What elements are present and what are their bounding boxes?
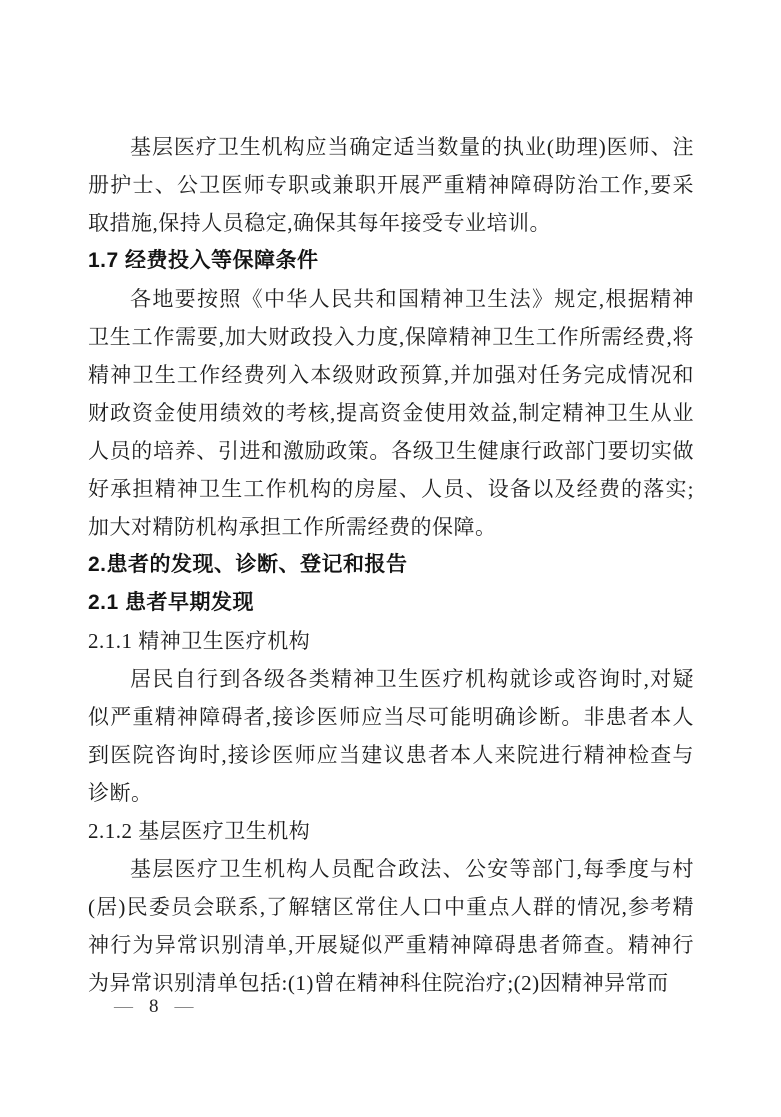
document-page: 基层医疗卫生机构应当确定适当数量的执业(助理)医师、注册护士、公卫医师专职或兼职… [0, 0, 781, 1117]
document-content: 基层医疗卫生机构应当确定适当数量的执业(助理)医师、注册护士、公卫医师专职或兼职… [88, 128, 694, 1002]
heading-2-1-early-discovery: 2.1 患者早期发现 [88, 584, 694, 622]
page-number-value: 8 [141, 996, 169, 1017]
heading-1-7-funding-guarantee: 1.7 经费投入等保障条件 [88, 242, 694, 280]
page-number-left-dash: — [108, 996, 141, 1017]
heading-2-patient-discovery-diagnosis: 2.患者的发现、诊断、登记和报告 [88, 546, 694, 584]
paragraph-resident-self-visit: 居民自行到各级各类精神卫生医疗机构就诊或咨询时,对疑似严重精神障碍者,接诊医师应… [88, 660, 694, 812]
subheading-2-1-2-primary-care-institutions: 2.1.2 基层医疗卫生机构 [88, 812, 694, 850]
paragraph-funding-details: 各地要按照《中华人民共和国精神卫生法》规定,根据精神卫生工作需要,加大财政投入力… [88, 280, 694, 546]
paragraph-staffing-requirements: 基层医疗卫生机构应当确定适当数量的执业(助理)医师、注册护士、公卫医师专职或兼职… [88, 128, 694, 242]
page-number-right-dash: — [169, 996, 202, 1017]
page-number: —8— [108, 988, 202, 1026]
subheading-2-1-1-mental-health-medical-institutions: 2.1.1 精神卫生医疗机构 [88, 622, 694, 660]
paragraph-primary-care-screening: 基层医疗卫生机构人员配合政法、公安等部门,每季度与村(居)民委员会联系,了解辖区… [88, 850, 694, 1002]
